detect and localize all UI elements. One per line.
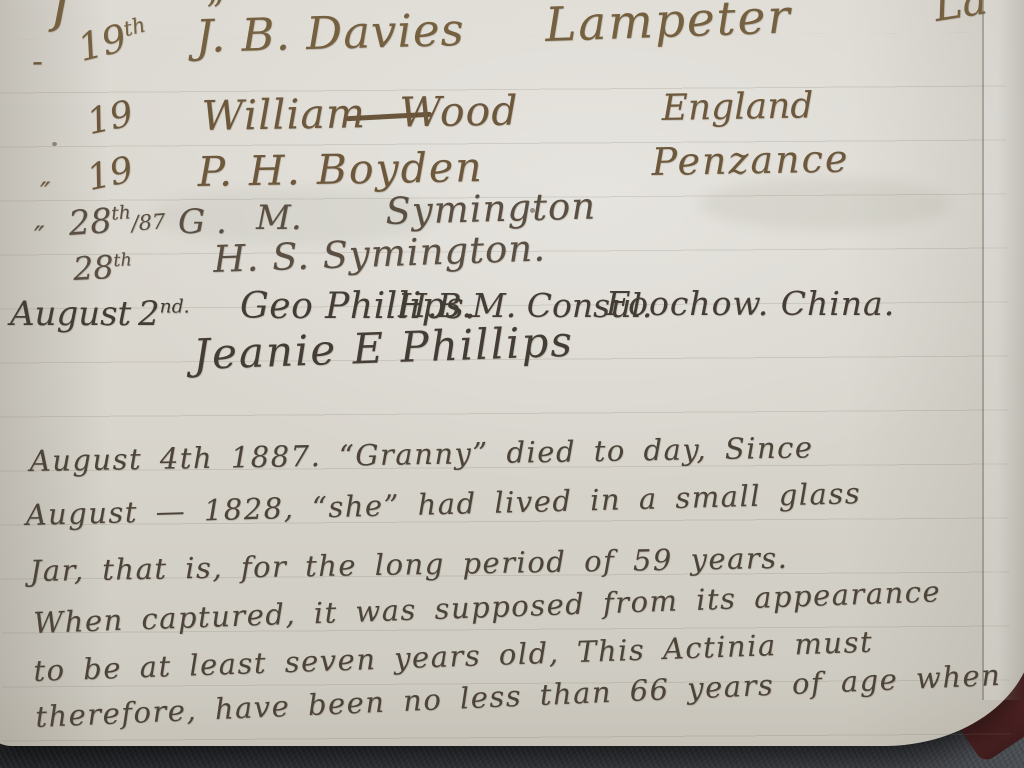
register-row-4-initial-1: G .	[178, 202, 227, 242]
day-number: 2	[138, 294, 160, 334]
handwriting-layer: f ” La - 19th J. B. Davies Lampeter 19 W…	[0, 0, 1024, 768]
day-ordinal: th	[111, 202, 132, 224]
register-row-1-name: J. B. Davies	[195, 3, 466, 63]
register-row-2-name: William Wood	[201, 86, 519, 140]
register-row-5-date: 28th	[72, 247, 133, 288]
day-number: 28	[72, 248, 115, 288]
day-number: 28	[67, 201, 113, 244]
note-line-3: Jar, that is, for the long period of 59 …	[29, 541, 788, 588]
margin-dash: -	[32, 42, 43, 80]
register-row-6-date: August 2nd.	[10, 294, 190, 334]
register-row-1-place: Lampeter	[544, 0, 793, 53]
photograph-of-journal-page: f ” La - 19th J. B. Davies Lampeter 19 W…	[0, 0, 1024, 768]
register-row-2-day: 19	[83, 93, 136, 143]
month: August	[10, 294, 131, 334]
register-row-4-surname: Symington	[385, 184, 597, 233]
register-row-4-date: 28th/87	[67, 197, 166, 244]
register-row-1-day: 19th	[73, 10, 152, 70]
register-row-3-place: Penzance	[651, 137, 849, 184]
register-row-2-place: England	[661, 85, 813, 129]
cut-off-stroke: f	[52, 0, 73, 34]
first-name: William	[201, 89, 366, 140]
day-ordinal: th	[113, 250, 132, 271]
note-line-1: August 4th 1887. “Granny” died to day, S…	[29, 430, 813, 478]
margin-ditto-mark: ″	[40, 176, 50, 209]
register-row-4-initial-2: M.	[256, 198, 302, 238]
register-row-6-place: Foochow. China.	[606, 284, 895, 323]
day-ordinal: nd.	[160, 297, 190, 318]
last-name: Wood	[399, 86, 519, 136]
cut-off-word-fragment: La	[930, 0, 990, 31]
margin-ditto-mark: ″	[34, 220, 44, 253]
note-line-2: August — 1828, “she” had lived in a smal…	[25, 476, 861, 532]
year-fragment: /87	[131, 208, 167, 235]
day-ordinal: th	[121, 13, 148, 42]
register-row-3-day: 19	[83, 149, 136, 199]
